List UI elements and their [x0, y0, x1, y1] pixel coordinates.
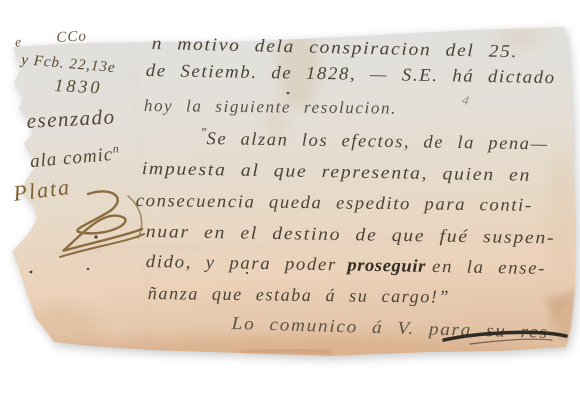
handwritten-line-3: hoy la siguiente resolucion.: [144, 96, 397, 119]
commission-superscript: n: [112, 141, 120, 156]
line-8-end: en la ense-: [432, 256, 546, 278]
photo-of-letter: e CCo y Fcb. 22,13e 1830 esenzado ala co…: [0, 0, 580, 420]
margin-received-note: esenzado: [26, 104, 116, 134]
overwritten-word: proseguir: [347, 255, 426, 276]
handwritten-line-9: ñanza que estaba á su cargo!”: [148, 283, 450, 308]
line-4-text: Se alzan los efectos, de la pena—: [206, 128, 548, 153]
margin-fragment-2: CCo: [56, 28, 87, 47]
margin-year-note: 1830: [54, 75, 103, 98]
line-8-start: dido, y para poder: [146, 251, 337, 274]
